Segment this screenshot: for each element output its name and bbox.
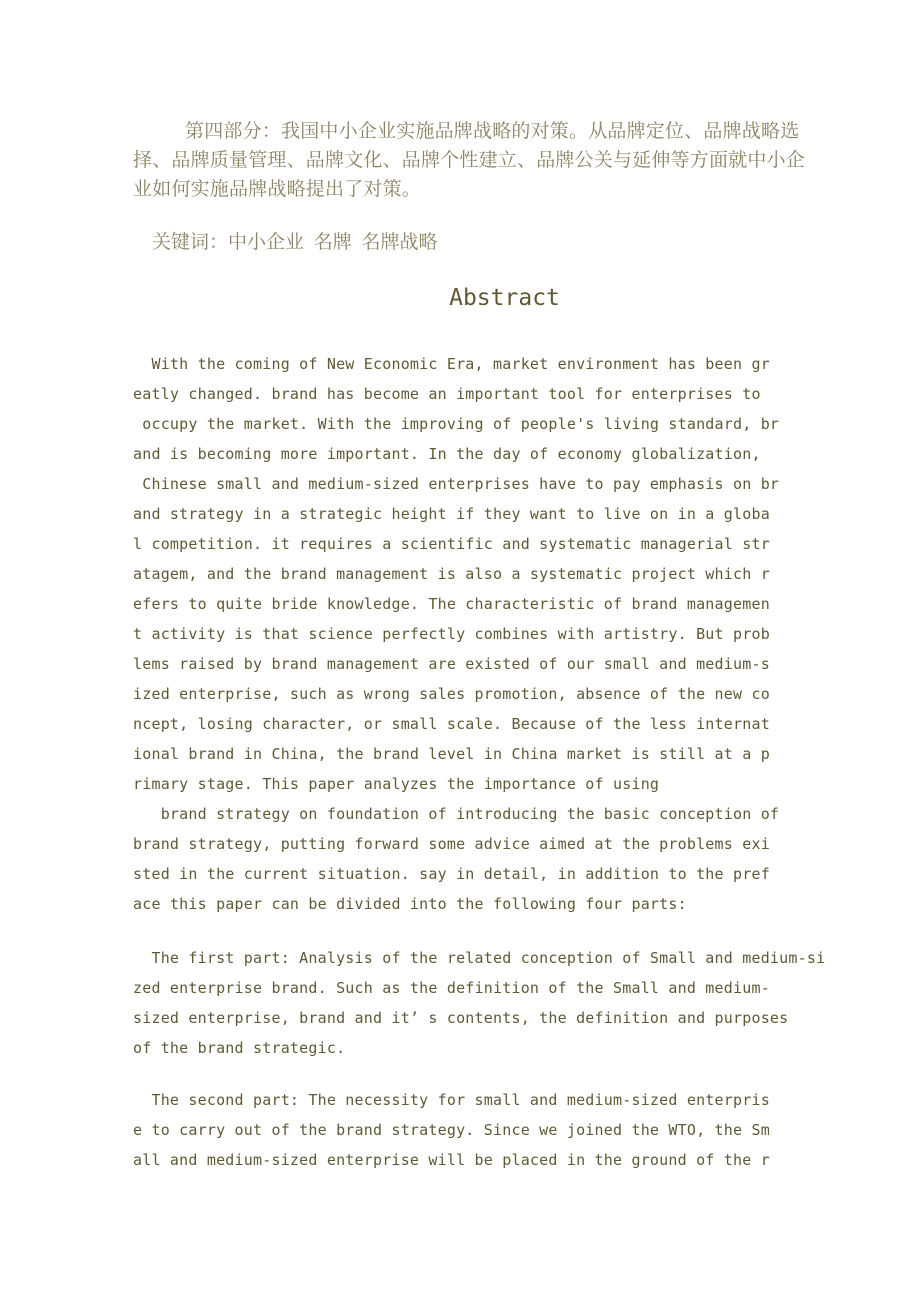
text-line: rimary stage. This paper analyzes the im… <box>133 769 840 799</box>
abstract-heading: Abstract <box>151 282 858 314</box>
text-line: brand strategy on foundation of introduc… <box>133 799 840 829</box>
text-line: ized enterprise, such as wrong sales pro… <box>133 679 840 709</box>
text-line: 第四部分：我国中小企业实施品牌战略的对策。从品牌定位、品牌战略选 <box>133 117 840 146</box>
text-line: ional brand in China, the brand level in… <box>133 739 840 769</box>
chinese-summary-paragraph: 第四部分：我国中小企业实施品牌战略的对策。从品牌定位、品牌战略选择、品牌质量管理… <box>133 117 840 204</box>
text-line: The second part: The necessity for small… <box>133 1085 840 1115</box>
abstract-paragraph-2: The first part: Analysis of the related … <box>133 943 840 1063</box>
text-line: t activity is that science perfectly com… <box>133 619 840 649</box>
abstract-paragraph-1: With the coming of New Economic Era, mar… <box>133 349 840 919</box>
abstract-paragraph-3: The second part: The necessity for small… <box>133 1085 840 1175</box>
text-line: occupy the market. With the improving of… <box>133 409 840 439</box>
text-line: all and medium-sized enterprise will be … <box>133 1145 840 1175</box>
text-line: brand strategy, putting forward some adv… <box>133 829 840 859</box>
text-line: sted in the current situation. say in de… <box>133 859 840 889</box>
text-line: The first part: Analysis of the related … <box>133 943 840 973</box>
text-line: eatly changed. brand has become an impor… <box>133 379 840 409</box>
text-line: e to carry out of the brand strategy. Si… <box>133 1115 840 1145</box>
text-line: zed enterprise brand. Such as the defini… <box>133 973 840 1003</box>
text-line: and strategy in a strategic height if th… <box>133 499 840 529</box>
text-line: 择、品牌质量管理、品牌文化、品牌个性建立、品牌公关与延伸等方面就中小企 <box>133 146 840 175</box>
keywords-line: 关键词：中小企业 名牌 名牌战略 <box>133 228 840 257</box>
text-line: 业如何实施品牌战略提出了对策。 <box>133 175 840 204</box>
text-line: of the brand strategic. <box>133 1033 840 1063</box>
text-line: With the coming of New Economic Era, mar… <box>133 349 840 379</box>
text-line: ace this paper can be divided into the f… <box>133 889 840 919</box>
text-line: and is becoming more important. In the d… <box>133 439 840 469</box>
text-line: sized enterprise, brand and it’ s conten… <box>133 1003 840 1033</box>
text-line: atagem, and the brand management is also… <box>133 559 840 589</box>
text-line: lems raised by brand management are exis… <box>133 649 840 679</box>
text-line: Chinese small and medium-sized enterpris… <box>133 469 840 499</box>
text-line: ncept, losing character, or small scale.… <box>133 709 840 739</box>
document-page: 第四部分：我国中小企业实施品牌战略的对策。从品牌定位、品牌战略选择、品牌质量管理… <box>0 0 920 1302</box>
text-line: l competition. it requires a scientific … <box>133 529 840 559</box>
text-line: efers to quite bride knowledge. The char… <box>133 589 840 619</box>
